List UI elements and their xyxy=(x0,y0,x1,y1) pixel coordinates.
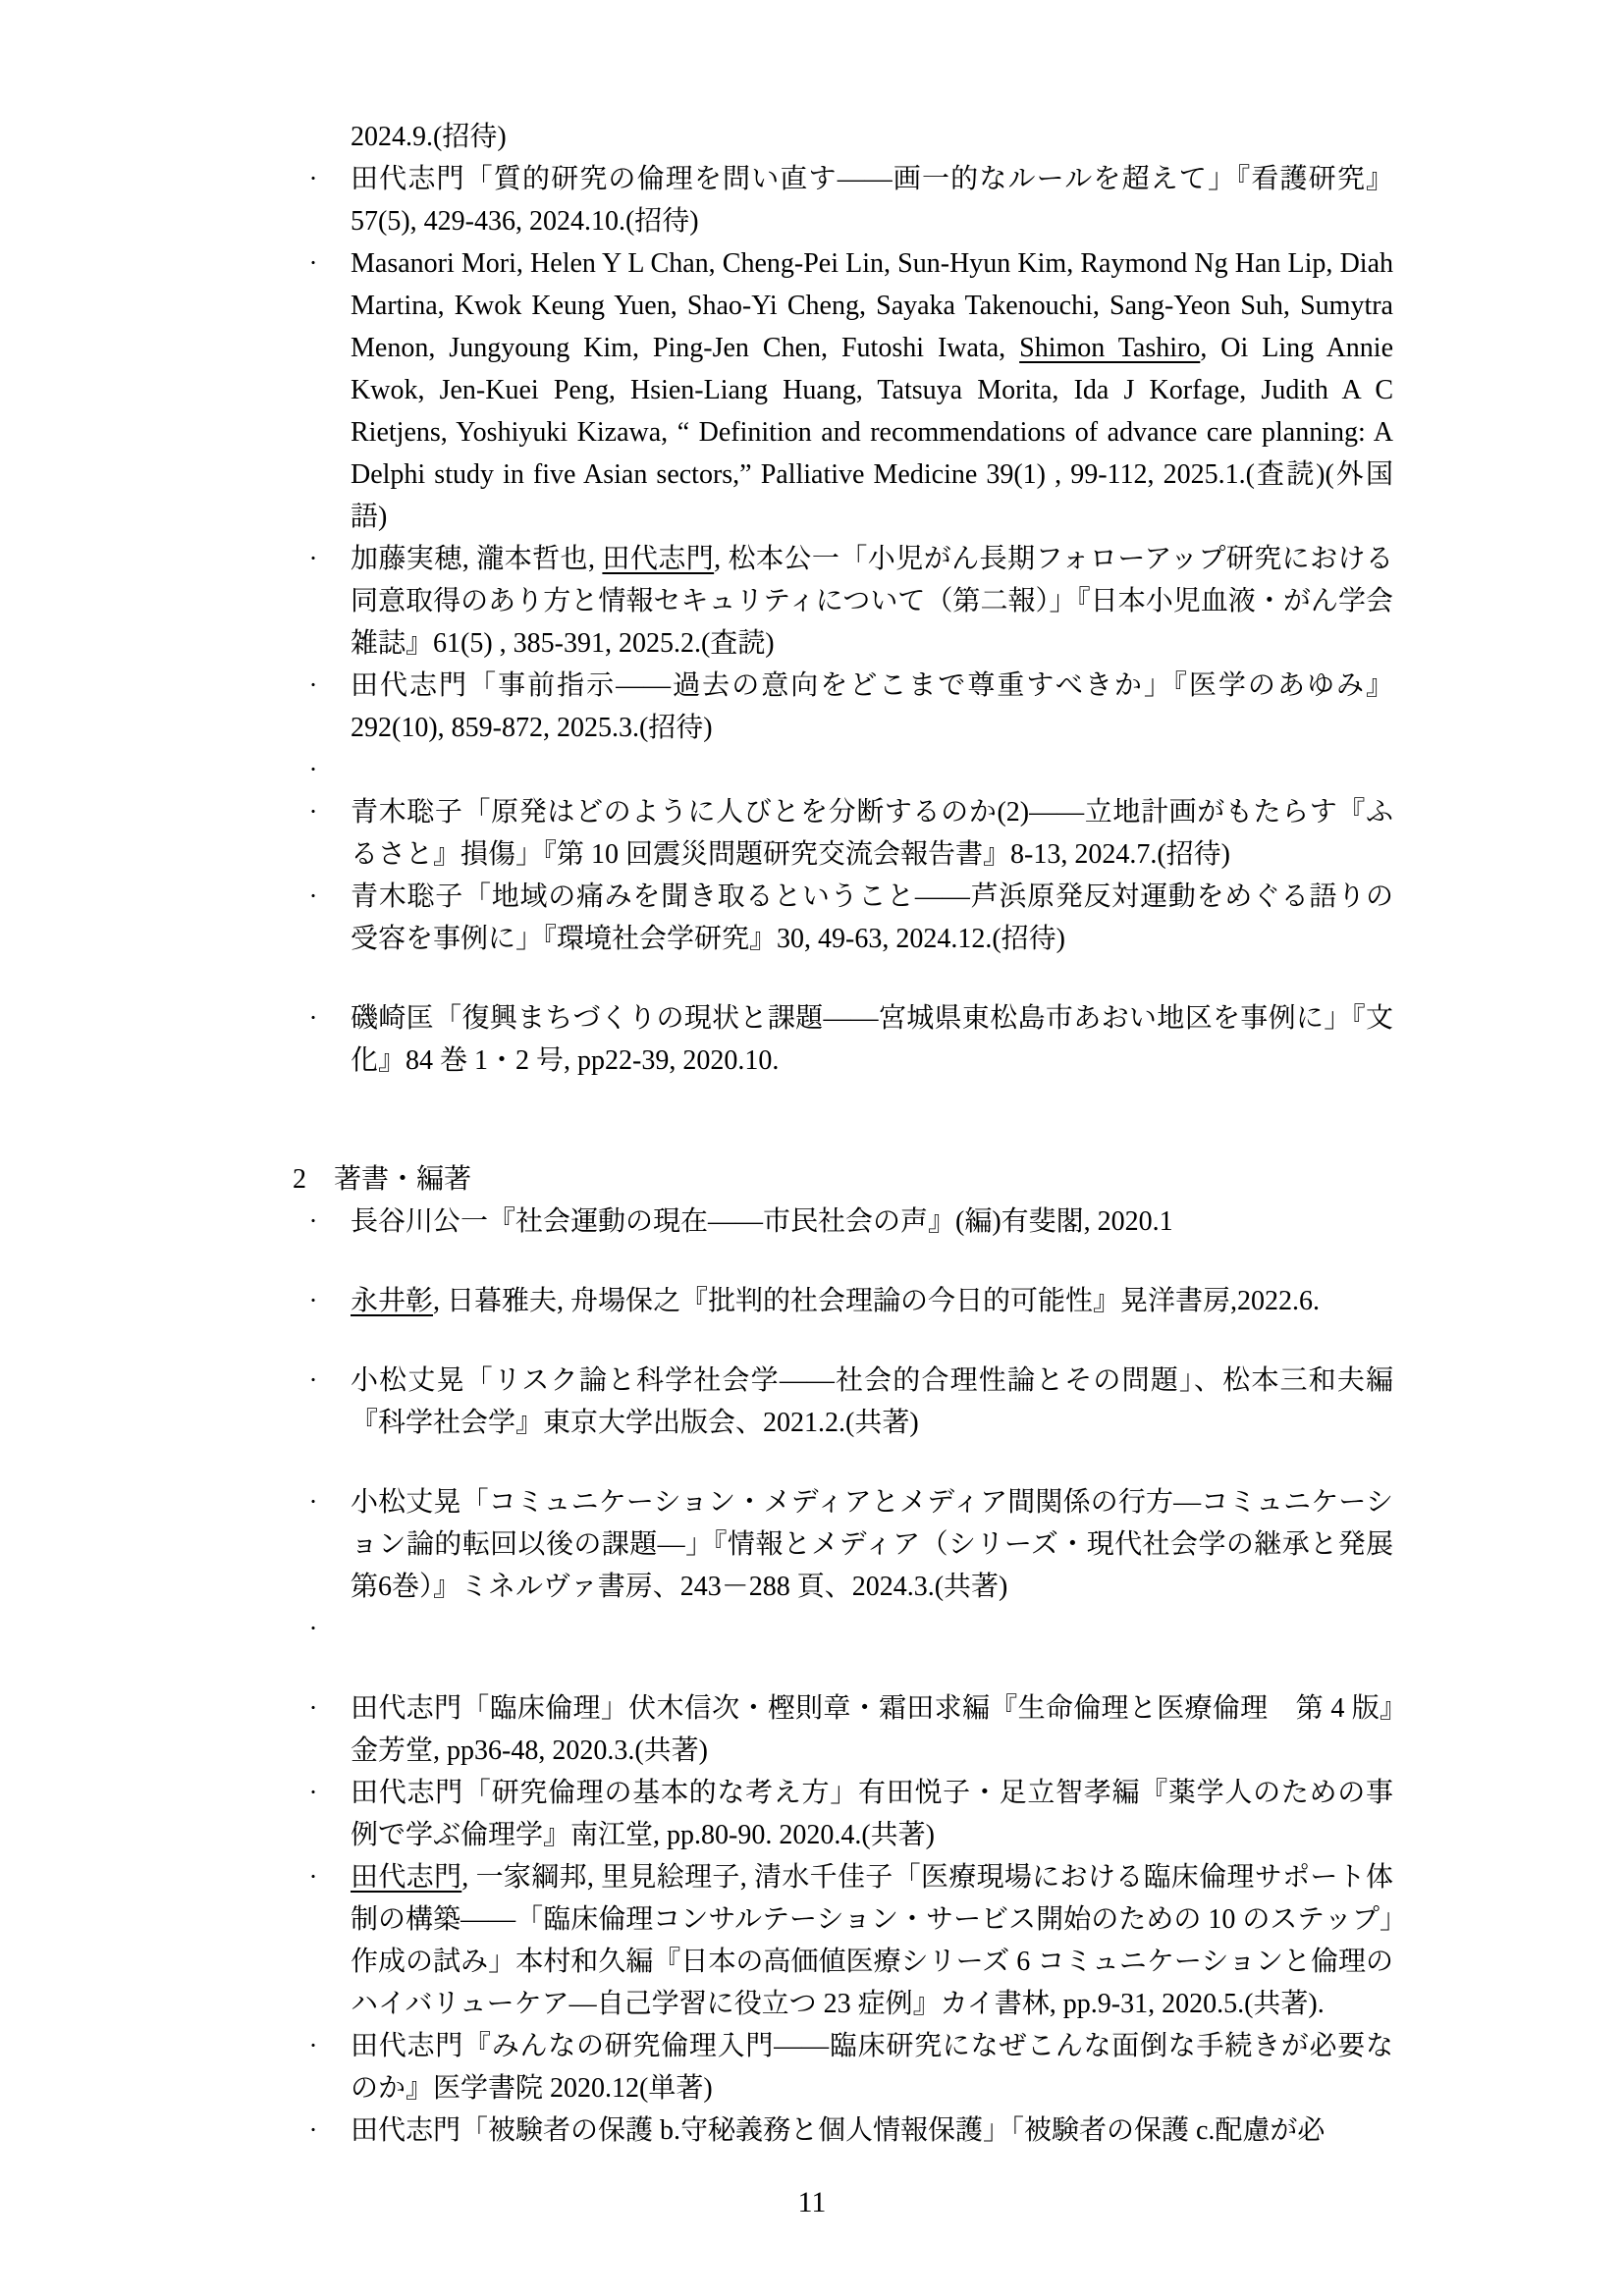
bullet-icon: ・ xyxy=(301,997,325,1040)
entry-text: 田代志門「被験者の保護 b.守秘義務と個人情報保護」「被験者の保護 c.配慮が必 xyxy=(351,2115,1325,2146)
bullet-icon: ・ xyxy=(301,2109,325,2152)
list-item: ・青木聡子「原発はどのように人びとを分断するのか(2)――立地計画がもたらす『ふ… xyxy=(351,791,1393,876)
entry-text: 田代志門「臨床倫理」伏木信次・樫則章・霜田求編『生命倫理と医療倫理 第 4 版』… xyxy=(351,1693,1393,1766)
entry-text: 田代志門『みんなの研究倫理入門――臨床研究になぜこんな面倒な手続きが必要なのか』… xyxy=(351,2031,1393,2104)
bullet-icon: ・ xyxy=(301,876,325,918)
bullet-icon: ・ xyxy=(301,1360,325,1402)
entry-text: 2 著書・編著 xyxy=(293,1164,471,1195)
list-item: ・磯崎匡「復興まちづくりの現状と課題――宮城県東松島市あおい地区を事例に」『文化… xyxy=(351,997,1393,1082)
entry-text: 2024.9.(招待) xyxy=(351,122,507,152)
continuation-line: 2024.9.(招待) xyxy=(351,116,1393,158)
entry-text: 青木聡子「地域の痛みを聞き取るということ――芦浜原発反対運動をめぐる語りの受容を… xyxy=(351,881,1393,954)
bullet-icon: ・ xyxy=(301,749,325,791)
bullet-icon: ・ xyxy=(301,2025,325,2067)
bullet-icon: ・ xyxy=(301,665,325,707)
bullet-icon: ・ xyxy=(301,1856,325,1898)
bullet-icon: ・ xyxy=(301,1280,325,1322)
underlined-author: 永井彰 xyxy=(351,1286,433,1316)
bullet-icon: ・ xyxy=(301,538,325,580)
entry-text: 田代志門「研究倫理の基本的な考え方」有田悦子・足立智孝編『薬学人のための事例で学… xyxy=(351,1778,1393,1850)
page-number: 11 xyxy=(0,2181,1624,2223)
list-item: ・田代志門『みんなの研究倫理入門――臨床研究になぜこんな面倒な手続きが必要なのか… xyxy=(351,2025,1393,2109)
entry-text: 田代志門「事前指示――過去の意向をどこまで尊重すべきか」『医学のあゆみ』292(… xyxy=(351,670,1393,743)
entry-text: 小松丈晃「リスク論と科学社会学――社会的合理性論とその問題」、松本三和夫編『科学… xyxy=(351,1365,1393,1438)
entry-text: , 日暮雅夫, 舟場保之『批判的社会理論の今日的可能性』晃洋書房,2022.6. xyxy=(433,1286,1320,1316)
list-item: ・田代志門「研究倫理の基本的な考え方」有田悦子・足立智孝編『薬学人のための事例で… xyxy=(351,1772,1393,1856)
list-item: ・永井彰, 日暮雅夫, 舟場保之『批判的社会理論の今日的可能性』晃洋書房,202… xyxy=(351,1280,1393,1322)
list-item: ・小松丈晃「コミュニケーション・メディアとメディア間関係の行方―コミュニケーショ… xyxy=(351,1481,1393,1608)
entry-text: 青木聡子「原発はどのように人びとを分断するのか(2)――立地計画がもたらす『ふる… xyxy=(351,797,1393,870)
underlined-author: 田代志門 xyxy=(351,1862,461,1893)
bullet-icon: ・ xyxy=(301,1687,325,1730)
list-item: ・田代志門「事前指示――過去の意向をどこまで尊重すべきか」『医学のあゆみ』292… xyxy=(351,665,1393,749)
publication-list: 2024.9.(招待)・田代志門「質的研究の倫理を問い直す――画一的なルールを超… xyxy=(351,116,1393,2152)
entry-text: 加藤実穂, 瀧本哲也, xyxy=(351,544,602,574)
entry-text: , 一家綱邦, 里見絵理子, 清水千佳子「医療現場における臨床倫理サポート体制の… xyxy=(351,1862,1393,2019)
list-item: ・田代志門「質的研究の倫理を問い直す――画一的なルールを超えて」『看護研究』57… xyxy=(351,158,1393,242)
section-heading: 2 著書・編著 xyxy=(293,1158,1393,1201)
underlined-author: Shimon Tashiro xyxy=(1019,333,1200,363)
entry-text: 長谷川公一『社会運動の現在――市民社会の声』(編)有斐閣, 2020.1 xyxy=(351,1206,1173,1237)
list-item: ・小松丈晃「リスク論と科学社会学――社会的合理性論とその問題」、松本三和夫編『科… xyxy=(351,1360,1393,1444)
bullet-icon: ・ xyxy=(301,791,325,833)
bullet-icon: ・ xyxy=(301,1201,325,1243)
underlined-author: 田代志門 xyxy=(602,544,714,574)
list-item: ・田代志門「被験者の保護 b.守秘義務と個人情報保護」「被験者の保護 c.配慮が… xyxy=(351,2109,1393,2152)
entry-text: 磯崎匡「復興まちづくりの現状と課題――宮城県東松島市あおい地区を事例に」『文化』… xyxy=(351,1003,1393,1076)
list-item: ・加藤実穂, 瀧本哲也, 田代志門, 松本公一「小児がん長期フォローアップ研究に… xyxy=(351,538,1393,665)
empty-list-item: ・ xyxy=(351,1608,1393,1650)
empty-list-item: ・ xyxy=(351,749,1393,791)
entry-text: 田代志門「質的研究の倫理を問い直す――画一的なルールを超えて」『看護研究』57(… xyxy=(351,164,1393,237)
entry-text: 小松丈晃「コミュニケーション・メディアとメディア間関係の行方―コミュニケーション… xyxy=(351,1487,1421,1602)
bullet-icon: ・ xyxy=(301,242,325,285)
list-item: ・田代志門「臨床倫理」伏木信次・樫則章・霜田求編『生命倫理と医療倫理 第 4 版… xyxy=(351,1687,1393,1772)
bullet-icon: ・ xyxy=(301,1481,325,1523)
list-item: ・田代志門, 一家綱邦, 里見絵理子, 清水千佳子「医療現場における臨床倫理サポ… xyxy=(351,1856,1393,2025)
document-page: 2024.9.(招待)・田代志門「質的研究の倫理を問い直す――画一的なルールを超… xyxy=(0,0,1624,2296)
bullet-icon: ・ xyxy=(301,1608,325,1650)
bullet-icon: ・ xyxy=(301,1772,325,1814)
list-item: ・青木聡子「地域の痛みを聞き取るということ――芦浜原発反対運動をめぐる語りの受容… xyxy=(351,876,1393,960)
list-item: ・Masanori Mori, Helen Y L Chan, Cheng-Pe… xyxy=(351,242,1393,538)
list-item: ・長谷川公一『社会運動の現在――市民社会の声』(編)有斐閣, 2020.1 xyxy=(351,1201,1393,1243)
bullet-icon: ・ xyxy=(301,158,325,200)
